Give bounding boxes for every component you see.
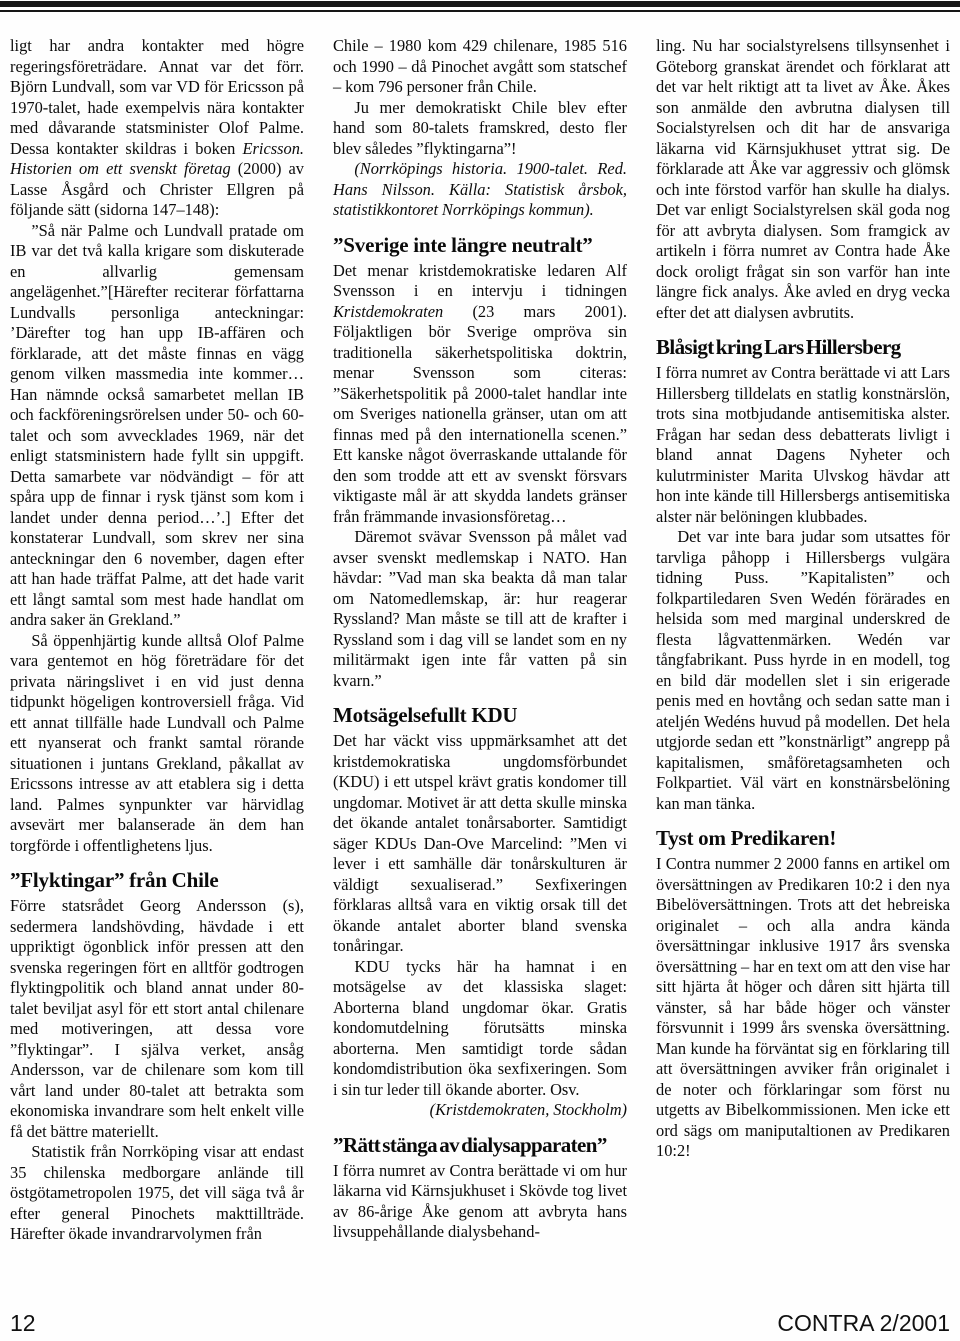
- article-paragraph: Statistik från Norrköping visar att enda…: [10, 1142, 304, 1245]
- article-paragraph-continued: ligt har andra kontakter med högre reger…: [10, 36, 304, 221]
- column-2: Chile – 1980 kom 429 chilenare, 1985 516…: [333, 36, 627, 1298]
- heading-motsagelsefullt-kdu: Motsägelsefullt KDU: [333, 703, 627, 728]
- article-paragraph: I förra numret av Contra berättade vi om…: [333, 1161, 627, 1243]
- article-paragraph: Det var inte bara judar som utsattes för…: [656, 527, 950, 814]
- column-3: ling. Nu har socialstyrelsens tillsynsen…: [656, 36, 950, 1298]
- source-note: (Norrköpings historia. 1900-talet. Red. …: [333, 159, 627, 221]
- column-1: ligt har andra kontakter med högre reger…: [10, 36, 304, 1298]
- article-paragraph: Förre statsrådet Georg Andersson (s), se…: [10, 896, 304, 1142]
- article-paragraph: Så öppenhjärtig kunde alltså Olof Palme …: [10, 631, 304, 857]
- page-number: 12: [10, 1310, 36, 1337]
- column-layout: ligt har andra kontakter med högre reger…: [10, 36, 950, 1298]
- newspaper-title-italic: Kristdemokraten: [333, 302, 443, 321]
- article-paragraph: Ju mer demokratiskt Chile blev efter han…: [333, 98, 627, 160]
- header-rule-thin: [0, 10, 960, 12]
- article-paragraph: KDU tycks här ha hamnat i en motsägelse …: [333, 957, 627, 1101]
- text-run: (23 mars 2001). Följaktligen bör Sverige…: [333, 302, 627, 526]
- heading-ratt-stanga-av-dialysapparaten: ”Rätt stänga av dialysapparaten”: [333, 1133, 627, 1158]
- heading-sverige-inte-langre-neutralt: ”Sverige inte längre neutralt”: [333, 233, 627, 258]
- article-paragraph: I Contra nummer 2 2000 fanns en artikel …: [656, 854, 950, 1162]
- heading-flyktingar-fran-chile: ”Flyktingar” från Chile: [10, 868, 304, 893]
- article-paragraph: Däremot svävar Svensson på målet vad avs…: [333, 527, 627, 691]
- article-paragraph-continued: ling. Nu har socialstyrelsens tillsynsen…: [656, 36, 950, 323]
- credit-note: (Kristdemokraten, Stockholm): [333, 1100, 627, 1121]
- article-paragraph: ”Så när Palme och Lundvall pratade om IB…: [10, 221, 304, 631]
- issue-label: CONTRA 2/2001: [777, 1310, 950, 1337]
- article-paragraph-continued: Chile – 1980 kom 429 chilenare, 1985 516…: [333, 36, 627, 98]
- header-rule-thick: [0, 1, 960, 7]
- text-run: Det menar kristdemokratiske ledaren Alf …: [333, 261, 627, 301]
- heading-blasigt-kring-lars-hillersberg: Blåsigt kring Lars Hillersberg: [656, 335, 950, 360]
- magazine-page: ligt har andra kontakter med högre reger…: [0, 0, 960, 1341]
- article-paragraph: I förra numret av Contra berättade vi at…: [656, 363, 950, 527]
- article-paragraph: Det har väckt viss uppmärksamhet att det…: [333, 731, 627, 957]
- heading-tyst-om-predikaren: Tyst om Predikaren!: [656, 826, 950, 851]
- article-paragraph: Det menar kristdemokratiske ledaren Alf …: [333, 261, 627, 528]
